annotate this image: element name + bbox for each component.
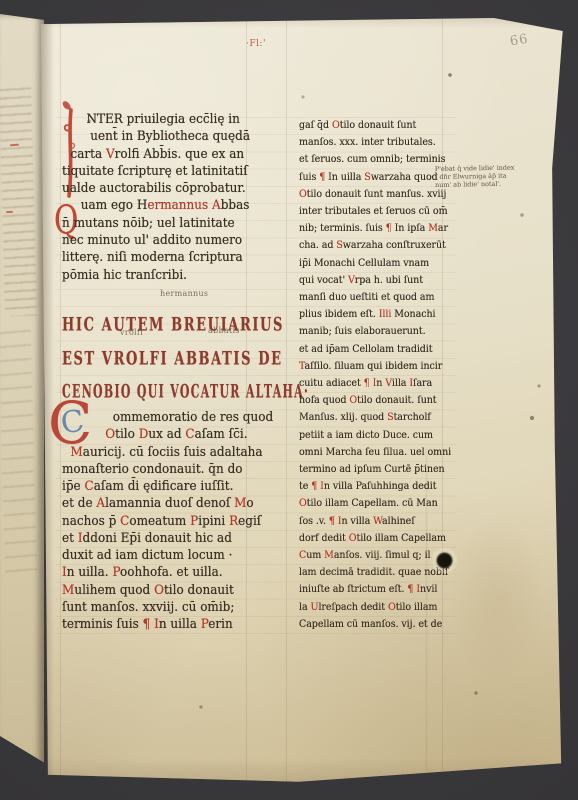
text-line: Taſſilo. ſiluam qui ibidem incir [299,358,451,375]
text-line: uent̄ in Bybliotheca quędā [90,128,250,145]
text-line: In uilla. Poohhofa. et uilla. [62,564,273,581]
text-line: manſos. xxx. inter tributales. [299,134,451,151]
text-line: dorf dedit Otilo illam Capellam [299,530,451,547]
photo-background: 66 ·Fl:' I Q C C NTER priuilegia ecc̄lię… [0,0,578,800]
text-line: Otilo Dux ad Caſam ſc̄i. [105,426,273,443]
parchment-hole [433,549,456,572]
text-line: Capellam cū manſos. vij. et de [299,616,451,633]
quire-mark: ·Fl:' [246,39,266,49]
left-column-commemoratio: ommemoratio de res quodOtilo Dux ad Caſa… [62,409,273,633]
text-line: iniuſte ab ſtrictum eſt. ¶ Invil [299,581,451,598]
text-line: gaſ q̄d Otilo donauit ſunt [299,117,451,134]
text-line: Mauricij. cū ſociis ſuis adaltaha [70,444,273,461]
text-line: pōmia hic tranſcribi. [62,267,250,284]
text-line: termino ad ipſum Curtē p̄tinen [299,461,451,478]
text-line: monaſterio condonauit. q̄n do [62,461,273,478]
text-line: et ſeruos. cum omnib; terminis [299,151,451,168]
text-line: manſi duo ueſtiti et quod am [299,289,451,306]
text-line: ommemoratio de res quod [113,409,273,426]
text-line: duxit ad iam dictum locum · [62,547,273,564]
interlinear-gloss: hermannus [160,289,208,298]
text-line: cha. ad Swarzaha conſtruxerūt [299,237,451,254]
interlinear-gloss: vrolfi [120,328,143,337]
text-line: ip̄i Monachi Cellulam vnam [299,255,451,272]
text-line: Otilo illam Capellam. cū Man [299,495,451,512]
text-line: carta Vrolfi Abb̄is. que ex an [70,146,250,163]
text-line: te ¶ In villa Paſuhhinga dedit [299,478,451,495]
text-line: terminis ſuis ¶ In uilla Perin [62,616,273,633]
text-line: manib; ſuis elaborauerunt. [299,323,451,340]
text-line: et Iddoni Ep̄i donauit hic ad [62,530,273,547]
left-column-paragraphs: NTER priuilegia ecc̄lię inuent̄ in Bybli… [62,111,250,284]
text-line: NTER priuilegia ecc̄lię in [86,111,250,128]
text-line: ualde auctorabilis cōprobatur. [62,180,250,197]
marginal-annotation: P'ebat q̄ vide lidie' indexſ dn̄r Elwurn… [435,163,545,189]
folio-number: 66 [509,32,530,50]
text-line: ſuis ¶ In uilla Swarzaha quod [299,169,451,186]
interlinear-gloss: abbatis [208,326,240,335]
text-line: et de Alamannia duoſ denoſ Mo [62,495,273,512]
text-line: petiit a iam dicto Duce. cum [299,427,451,444]
text-line: et ad ip̄am Cellolam tradidit [299,341,451,358]
text-line: Mulihem quod Otilo donauit [62,582,273,599]
text-line: uam ego Hermannus Abbas [81,197,250,214]
text-line: ſunt manſos. xxviij. cū om̄ib; [62,599,273,616]
text-line: omni Marcha ſeu ſilua. uel omni [299,444,451,461]
text-line: num' ab lidie' notal'. [435,179,545,189]
text-line: n̄ mutans nōib; uel latinitate [62,215,250,232]
facing-page-edge [0,14,44,770]
text-line: tiquitate ſcripturę et latinitatiſ [62,163,250,180]
margin-scribbles-upper [0,86,37,317]
text-line: Manſus. xlij. quod Starcholf [299,409,451,426]
manuscript-page: 66 ·Fl:' I Q C C NTER priuilegia ecc̄lię… [40,18,568,784]
text-line: ip̄e Caſam d̄i ędificare iuſſit. [62,478,273,495]
text-line: nec minuto ul' addito numero [62,232,250,249]
text-line: nachos p̄ Comeatum Pipini Regiſ [62,513,273,530]
text-line: Otilo donauit ſunt manſus. xviij [299,186,451,203]
margin-scribbles-lower [0,326,37,577]
text-line: litterę. niſi moderna ſcriptura [62,249,250,266]
text-line: la Ulreſpach dedit Otilo illam [299,599,451,616]
text-line: hofa quod Otilo donauit. ſunt [299,392,451,409]
text-line: plius ibidem eſt. Illi Monachi [299,306,451,323]
text-line: inter tributales et ſeruos cū om̄ [299,203,451,220]
text-line: nib; terminis. ſuis ¶ In ipſa Mar [299,220,451,237]
text-line: cuitu adiacet ¶ In Villa Iſara [299,375,451,392]
text-line: ſos .v. ¶ In villa Walhineſ [299,513,451,530]
text-line: qui vocat' Vrpa h. ubi ſunt [299,272,451,289]
parchment-stain [432,488,562,708]
